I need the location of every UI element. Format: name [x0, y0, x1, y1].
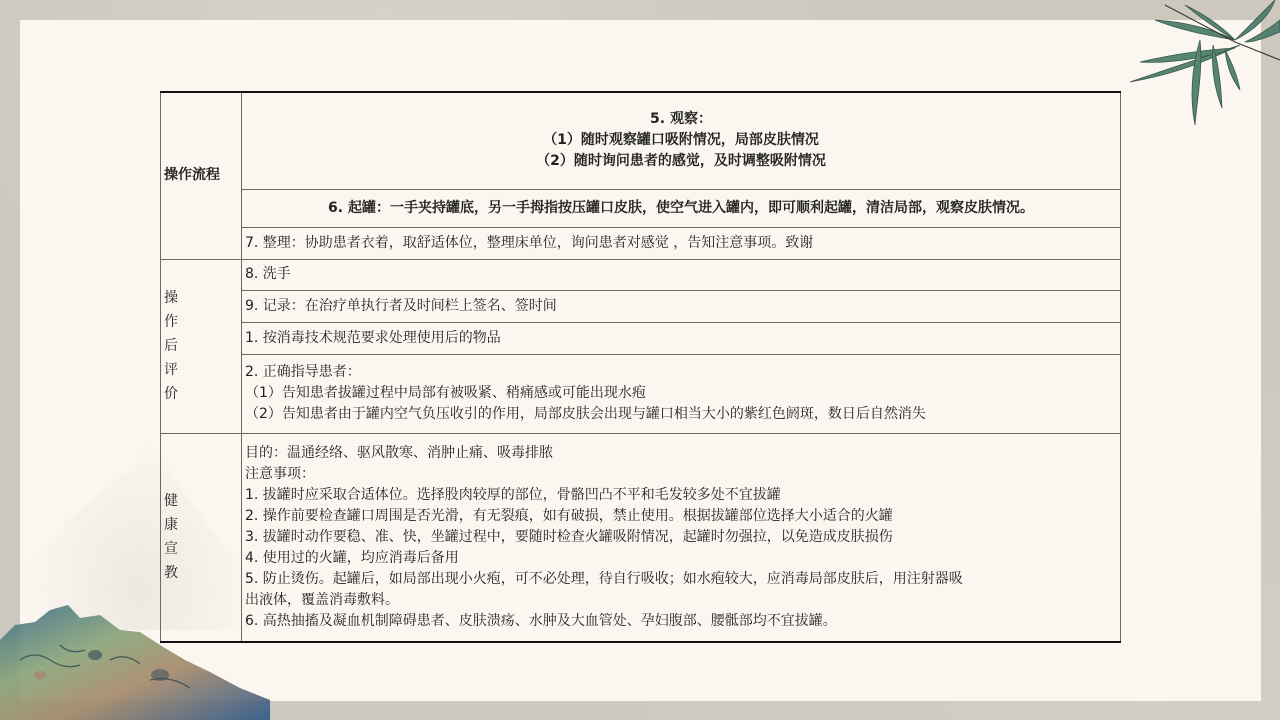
- content-line: （1）随时观察罐口吸附情况，局部皮肤情况: [245, 130, 1117, 151]
- content-line: 2. 正确指导患者：: [245, 362, 1117, 383]
- content-line: （2）随时询问患者的感觉，及时调整吸附情况: [245, 151, 1117, 172]
- category-cell: 操作流程: [161, 92, 242, 259]
- category-char: 后: [164, 334, 238, 358]
- table-row: 7. 整理：协助患者衣着，取舒适体位，整理床单位，询问患者对感觉 ，告知注意事项…: [161, 227, 1121, 259]
- content-line: 5. 观察：: [245, 109, 1117, 130]
- content-line: 8. 洗手: [245, 264, 1117, 285]
- content-line: （2）告知患者由于罐内空气负压收引的作用，局部皮肤会出现与罐口相当大小的紫红色阏…: [245, 404, 1117, 425]
- content-line: 出液体，覆盖消毒敷料。: [245, 590, 1117, 611]
- table-row: 2. 正确指导患者：（1）告知患者拔罐过程中局部有被吸紧、稍痛感或可能出现水疱（…: [161, 354, 1121, 433]
- content-cell: 9. 记录：在治疗单执行者及时间栏上签名、签时间: [242, 290, 1121, 322]
- content-cell: 2. 正确指导患者：（1）告知患者拔罐过程中局部有被吸紧、稍痛感或可能出现水疱（…: [242, 354, 1121, 433]
- content-cell: 7. 整理：协助患者衣着，取舒适体位，整理床单位，询问患者对感觉 ，告知注意事项…: [242, 227, 1121, 259]
- table-row: 操作流程5. 观察：（1）随时观察罐口吸附情况，局部皮肤情况（2）随时询问患者的…: [161, 92, 1121, 189]
- content-cell: 8. 洗手: [242, 259, 1121, 290]
- content-line: 2. 操作前要检查罐口周围是否光滑，有无裂痕，如有破损，禁止使用。根据拔罐部位选…: [245, 506, 1117, 527]
- bamboo-leaves-decoration-icon: [1125, 0, 1280, 130]
- category-char: 康: [164, 513, 238, 537]
- content-line: 4. 使用过的火罐，均应消毒后备用: [245, 548, 1117, 569]
- content-line: （1）告知患者拔罐过程中局部有被吸紧、稍痛感或可能出现水疱: [245, 383, 1117, 404]
- table-row: 1. 按消毒技术规范要求处理使用后的物品: [161, 322, 1121, 354]
- category-char: 作: [164, 310, 238, 334]
- category-char: 操: [164, 286, 238, 310]
- content-cell: 目的：温通经络、驱风散寒、消肿止痛、吸毒排脓注意事项：1. 拔罐时应采取合适体位…: [242, 433, 1121, 642]
- content-line: 5. 防止烫伤。起罐后，如局部出现小火疱，可不必处理，待自行吸收；如水疱较大，应…: [245, 569, 1117, 590]
- procedure-table: 操作流程5. 观察：（1）随时观察罐口吸附情况，局部皮肤情况（2）随时询问患者的…: [160, 91, 1121, 643]
- category-char: 价: [164, 382, 238, 406]
- category-char: 评: [164, 358, 238, 382]
- content-cell: 1. 按消毒技术规范要求处理使用后的物品: [242, 322, 1121, 354]
- content-line: 1. 拔罐时应采取合适体位。选择股肉较厚的部位，骨骼凹凸不平和毛发较多处不宜拔罐: [245, 485, 1117, 506]
- content-cell: 6. 起罐：一手夹持罐底，另一手拇指按压罐口皮肤，使空气进入罐内，即可顺利起罐，…: [242, 189, 1121, 227]
- content-line: 6. 高热抽搐及凝血机制障碍患者、皮肤溃疡、水肿及大血管处、孕妇腹部、腰骶部均不…: [245, 611, 1117, 632]
- content-line: 3. 拔罐时动作要稳、准、快，坐罐过程中，要随时检查火罐吸附情况，起罐时勿强拉，…: [245, 527, 1117, 548]
- content-line: 7. 整理：协助患者衣着，取舒适体位，整理床单位，询问患者对感觉 ，告知注意事项…: [245, 233, 1117, 254]
- table-row: 健康宣教目的：温通经络、驱风散寒、消肿止痛、吸毒排脓注意事项：1. 拔罐时应采取…: [161, 433, 1121, 642]
- category-cell: 操作后评价: [161, 259, 242, 433]
- content-line: 6. 起罐：一手夹持罐底，另一手拇指按压罐口皮肤，使空气进入罐内，即可顺利起罐，…: [245, 198, 1117, 219]
- category-char: 健: [164, 489, 238, 513]
- content-line: 目的：温通经络、驱风散寒、消肿止痛、吸毒排脓: [245, 443, 1117, 464]
- content-line: 1. 按消毒技术规范要求处理使用后的物品: [245, 328, 1117, 349]
- table-row: 9. 记录：在治疗单执行者及时间栏上签名、签时间: [161, 290, 1121, 322]
- category-char: 宣: [164, 537, 238, 561]
- content-line: 注意事项：: [245, 464, 1117, 485]
- content-cell: 5. 观察：（1）随时观察罐口吸附情况，局部皮肤情况（2）随时询问患者的感觉，及…: [242, 92, 1121, 189]
- table-row: 6. 起罐：一手夹持罐底，另一手拇指按压罐口皮肤，使空气进入罐内，即可顺利起罐，…: [161, 189, 1121, 227]
- category-cell: 健康宣教: [161, 433, 242, 642]
- content-line: 9. 记录：在治疗单执行者及时间栏上签名、签时间: [245, 296, 1117, 317]
- category-char: 教: [164, 561, 238, 585]
- table-row: 操作后评价8. 洗手: [161, 259, 1121, 290]
